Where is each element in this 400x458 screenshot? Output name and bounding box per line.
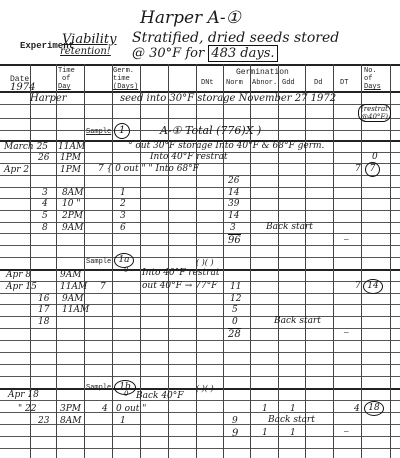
s1b-r1-date: " 22: [18, 404, 36, 414]
header-dd: Dd: [314, 79, 322, 87]
s1-r6-norm: 14: [228, 211, 239, 221]
s1b-r1-germ: 4: [102, 404, 108, 414]
s1a-r1-right: 7: [355, 281, 361, 291]
experiment-name: Viability: [62, 32, 116, 47]
s1a-r1-note: out 40°F → 77°F: [142, 281, 217, 291]
s1-r1-date: 26: [38, 153, 49, 163]
s1a-days-circled: 14: [363, 279, 383, 294]
s1b-r2-norm: 9: [232, 416, 238, 426]
s1-r6-time: 2PM: [62, 211, 83, 221]
s1-r4-norm: 14: [228, 188, 239, 198]
header-time-l1: Time: [58, 67, 75, 75]
intro-note: seed into 30°F storage November 27 1972: [120, 93, 336, 104]
header-germ-l1: Germ.: [113, 67, 138, 75]
header-time-l3: Day: [58, 83, 75, 91]
header-days-l1: No.: [364, 67, 381, 75]
s1-r7-date: 8: [42, 223, 48, 233]
s1b-r0-note: Back 40°F: [136, 391, 184, 401]
s1a-r2-time: 9AM: [62, 294, 83, 304]
s1-dash: –: [344, 234, 349, 244]
s1a-total: 28: [228, 328, 241, 340]
s1b-r1-abnor: 1: [262, 404, 268, 414]
s1a-r1-norm: 11: [230, 282, 241, 292]
s1a-r1-germ: 7: [100, 282, 106, 292]
s1-r7-norm: 3: [230, 223, 236, 233]
s1a-r2-date: 16: [38, 294, 49, 304]
sample-1-label: Sample: [86, 128, 111, 136]
s1b-days-circled: 18: [364, 401, 384, 416]
s1b-r1-time: 3PM: [60, 404, 81, 414]
s1-r1-note: Into 40°F restrat: [150, 152, 227, 162]
experiment-name-line2: retention!: [60, 46, 111, 57]
experiment-storage: @ 30°F for 483 days.: [132, 46, 278, 61]
s1-r1-right: 0: [372, 152, 378, 162]
s1b-r1-gdd: 1: [290, 404, 296, 414]
s1b-total-gdd: 1: [290, 428, 296, 438]
header-germination: Germination: [236, 68, 289, 77]
s1b-r1-right: 4: [354, 404, 360, 414]
side-note-l2: @40°F): [361, 113, 388, 121]
s1b-r2-date: 23: [38, 416, 49, 426]
side-note-l1: (restrat: [361, 105, 388, 113]
s1a-r0-date: Apr 8: [6, 270, 31, 280]
s1b-total-norm: 9: [232, 428, 238, 439]
header-norm: Norm: [226, 79, 243, 87]
s1b-r0-germ: 0: [124, 390, 128, 398]
header-no-of-days: No. of Days: [364, 67, 381, 91]
s1a-r2-norm: 12: [230, 294, 241, 304]
header-date-year: 1974: [10, 82, 35, 93]
s1-r2-germ: 7 { 0 out " " Into 68°F: [98, 164, 199, 174]
s1a-r1-time: 11AM: [60, 282, 87, 292]
s1-r2-time: 1PM: [60, 165, 81, 175]
s1-r7-note: Back start: [266, 222, 313, 232]
header-germ-l3: (Days): [113, 83, 138, 91]
page-title: Harper A-①: [140, 8, 241, 28]
header-days-l2: of: [364, 75, 381, 83]
s1-r7-time: 9AM: [62, 223, 83, 233]
s1-r7-germ: 6: [120, 223, 126, 233]
s1-r5-time: 10 ": [62, 199, 80, 209]
s1-r2-days-circled: 7: [365, 162, 380, 177]
s1-r5-germ: 2: [120, 199, 126, 209]
s1-r4-germ: 1: [120, 188, 126, 198]
s1-r2-right: 7: [355, 164, 361, 174]
header-dnt: DNt: [201, 79, 214, 87]
header-germ-l2: time: [113, 75, 138, 83]
s1-r4-time: 8AM: [62, 188, 83, 198]
s1b-r2-time: 8AM: [60, 416, 81, 426]
s1b-r2-note: Back start: [268, 415, 315, 425]
s1a-r4-note: Back start: [274, 316, 321, 326]
header-germ-time: Germ. time (Days): [113, 67, 138, 91]
s1a-r0-germ: 0: [124, 266, 128, 274]
s1b-total-abnor: 1: [262, 428, 268, 438]
s1-r6-date: 5: [42, 211, 48, 221]
s1b-r0-date: Apr 18: [8, 390, 39, 400]
header-time-l2: of: [58, 75, 75, 83]
s1a-r3-time: 11AM: [62, 305, 89, 315]
storage-days-box: 483 days.: [208, 45, 277, 62]
s1-r0-time: 11AM: [58, 142, 85, 152]
header-days-l3: Days: [364, 83, 381, 91]
s1a-r4-date: 18: [38, 317, 49, 327]
sample-1-heading-note: A-① Total (776)X ): [160, 124, 261, 137]
header-time: Time of Day: [58, 67, 75, 91]
intro-name: Harper: [30, 93, 67, 104]
s1-r0-date: March 25: [4, 142, 48, 152]
header-gdd: Gdd: [282, 79, 295, 87]
s1b-r2-germ: 1: [120, 416, 126, 426]
sample-1a-heading-note: ( )( ): [196, 258, 214, 267]
s1-r5-date: 4: [42, 199, 48, 209]
s1-r5-norm: 39: [228, 199, 239, 209]
sample-1b-heading-note: ( )( ): [196, 384, 214, 393]
s1a-dash: –: [344, 327, 349, 337]
s1-r0-note: ° out 30°F storage Into 40°F & 68°F germ…: [128, 141, 324, 151]
s1a-r0-note: Into 40°F restrat: [142, 268, 219, 278]
s1-r2-date: Apr 2: [4, 165, 29, 175]
s1-r1-time: 1PM: [60, 153, 81, 163]
s1-r6-germ: 3: [120, 211, 126, 221]
sample-1-id: 1: [114, 123, 130, 139]
s1b-r1-note: 0 out ": [116, 404, 146, 414]
experiment-description: Stratified, dried seeds stored: [132, 30, 339, 46]
s1a-r4-norm: 0: [232, 317, 238, 327]
header-dt: DT: [340, 79, 348, 87]
storage-prefix: @ 30°F for: [132, 46, 204, 61]
s1a-r1-date: Apr 15: [6, 282, 37, 292]
header-abnor: Abnor.: [252, 79, 277, 87]
s1a-r3-norm: 5: [232, 305, 238, 315]
s1b-dash: –: [344, 426, 349, 436]
s1-total: 96: [228, 234, 241, 246]
intro-side-note: (restrat @40°F): [358, 104, 391, 122]
s1-r3-norm: 26: [228, 176, 239, 186]
s1-r4-date: 3: [42, 188, 48, 198]
s1a-r3-date: 17: [38, 305, 49, 315]
sample-1a-label: Sample: [86, 258, 111, 266]
sample-1b-label: Sample: [86, 384, 111, 392]
s1a-r0-time: 9AM: [60, 270, 81, 280]
